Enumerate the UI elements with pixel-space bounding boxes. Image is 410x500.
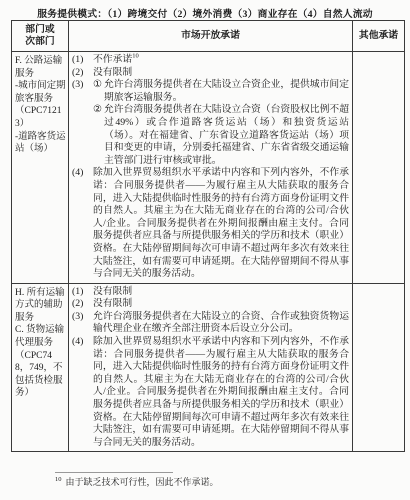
sector-cell-road-transport: F. 公路运输服务 -城市间定期旅客服务 （CPC71213） -道路客货运站（…	[12, 52, 69, 283]
commitment-item-3: (3) 允许台湾服务提供者在大陆设立的合资、合作或独资货物运输代理企业在缴齐全部…	[72, 311, 349, 336]
commitment-item-3: (3) ① 允许台湾服务提供者在大陆设立合资企业，提供城市间定期旅客运输服务。 …	[72, 79, 349, 167]
commitment-text-main: 不作承诺	[93, 54, 132, 65]
service-mode-note: 服务提供模式：（1）跨境交付（2）境外消费（3）商业存在（4）自然人流动	[0, 6, 410, 20]
commitment-number: (3)	[72, 79, 93, 167]
commitment-item-1: (1) 没有限制	[72, 286, 349, 299]
subitem-text: 允许台湾服务提供者在大陆设立合资企业，提供城市间定期旅客运输服务。	[104, 79, 349, 104]
commitment-subitem-1: ① 允许台湾服务提供者在大陆设立合资企业，提供城市间定期旅客运输服务。	[93, 79, 349, 104]
header-other-commitments: 其他承诺	[353, 21, 404, 51]
commitments-table: 部门或 次部门 市场开放承诺 其他承诺 F. 公路运输服务 -城市间定期旅客服务…	[11, 20, 405, 452]
commitment-number: (4)	[72, 336, 93, 449]
commitment-text: 没有限制	[93, 298, 349, 311]
footnote-separator	[55, 472, 173, 473]
table-row-road-transport: F. 公路运输服务 -城市间定期旅客服务 （CPC71213） -道路客货运站（…	[12, 52, 404, 283]
sector-line: H. 所有运输方式的辅助服务	[15, 287, 66, 325]
sector-line: （CPC71213）	[15, 105, 66, 130]
sector-line: C. 货物运输代理服务	[15, 324, 66, 349]
market-commitments-cell: (1) 没有限制 (2) 没有限制 (3) 允许台湾服务提供者在大陆设立的合资、…	[69, 284, 353, 452]
sector-line: -城市间定期旅客服务	[15, 80, 66, 105]
commitment-number: (2)	[72, 67, 93, 80]
commitment-text: 除加入世界贸易组织水平承诺中内容和下列内容外，不作承诺：合同服务提供者——为履行…	[93, 336, 349, 449]
commitment-text: 没有限制	[93, 286, 349, 299]
commitment-item-4: (4) 除加入世界贸易组织水平承诺中内容和下列内容外，不作承诺：合同服务提供者—…	[72, 167, 349, 280]
sector-cell-freight-agency: H. 所有运输方式的辅助服务 C. 货物运输代理服务 （CPC748，749，不…	[12, 284, 69, 452]
commitment-text: 除加入世界贸易组织水平承诺中内容和下列内容外，不作承诺：合同服务提供者——为履行…	[93, 167, 349, 280]
sector-line: F. 公路运输服务	[15, 55, 66, 80]
footnote-body: 由于缺乏技术可行性，因此不作承诺。	[66, 477, 219, 487]
table-row-freight-agency: H. 所有运输方式的辅助服务 C. 货物运输代理服务 （CPC748，749，不…	[12, 283, 404, 452]
footnote-marker-sup: 10	[132, 53, 139, 60]
sector-line: -道路客货运站（场）	[15, 131, 66, 156]
header-market-commitments: 市场开放承诺	[69, 21, 353, 51]
commitment-text: 允许台湾服务提供者在大陆设立的合资、合作或独资货物运输代理企业在缴齐全部注册资本…	[93, 311, 349, 336]
subitem-number: ①	[93, 79, 104, 104]
sector-line: （CPC748，749，不包括货检服务）	[15, 350, 66, 400]
document-page: 服务提供模式：（1）跨境交付（2）境外消费（3）商业存在（4）自然人流动 部门或…	[0, 0, 410, 500]
commitment-item-2: (2) 没有限制	[72, 298, 349, 311]
table-header-row: 部门或 次部门 市场开放承诺 其他承诺	[12, 21, 404, 52]
footnote-text: 10由于缺乏技术可行性，因此不作承诺。	[55, 476, 219, 488]
subitem-number: ②	[93, 104, 104, 167]
commitment-text: 不作承诺10	[93, 54, 349, 67]
header-sector-line2: 次部门	[25, 36, 54, 49]
other-commitments-cell	[353, 52, 404, 283]
commitment-number: (4)	[72, 167, 93, 280]
commitment-item-2: (2) 没有限制	[72, 67, 349, 80]
commitment-text: 没有限制	[93, 67, 349, 80]
market-commitments-cell: (1) 不作承诺10 (2) 没有限制 (3) ① 允许台湾服务提供者在大陆设立…	[69, 52, 353, 283]
subitem-text: 允许台湾服务提供者在大陆设立合资（台资股权比例不超过49%）或合作道路客货运站（…	[104, 104, 349, 167]
other-commitments-cell	[353, 284, 404, 452]
commitment-item-1: (1) 不作承诺10	[72, 54, 349, 67]
footnote: 10由于缺乏技术可行性，因此不作承诺。	[55, 472, 219, 488]
commitment-item-4: (4) 除加入世界贸易组织水平承诺中内容和下列内容外，不作承诺：合同服务提供者—…	[72, 336, 349, 449]
commitment-number: (2)	[72, 298, 93, 311]
commitment-subitems: ① 允许台湾服务提供者在大陆设立合资企业，提供城市间定期旅客运输服务。 ② 允许…	[93, 79, 349, 167]
commitment-subitem-2: ② 允许台湾服务提供者在大陆设立合资（台资股权比例不超过49%）或合作道路客货运…	[93, 104, 349, 167]
commitment-number: (3)	[72, 311, 93, 336]
header-sector-line1: 部门或	[25, 24, 54, 37]
commitment-number: (1)	[72, 54, 93, 67]
commitment-number: (1)	[72, 286, 93, 299]
header-sector: 部门或 次部门	[12, 21, 69, 51]
footnote-number: 10	[55, 476, 62, 483]
